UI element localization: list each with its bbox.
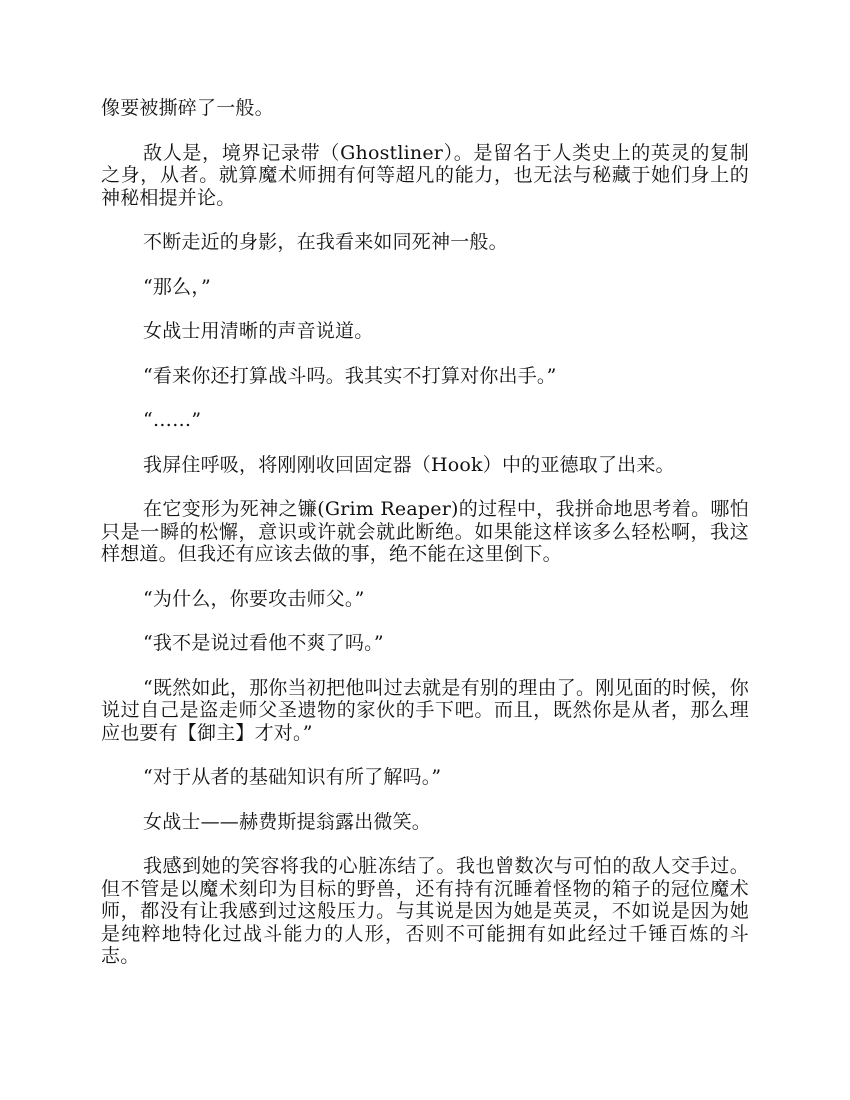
paragraph-12-dialogue: “既然如此，那你当初把他叫过去就是有别的理由了。刚见面的时候，你说过自己是盗走师… [101, 677, 749, 745]
document-page: 像要被撕碎了一般。 敌人是，境界记录带（Ghostliner）。是留名于人类史上… [101, 97, 749, 990]
paragraph-9: 在它变形为死神之镰(Grim Reaper)的过程中，我拼命地思考着。哪怕只是一… [101, 498, 749, 566]
paragraph-13-dialogue: “对于从者的基础知识有所了解吗。” [101, 766, 749, 789]
paragraph-4-dialogue: “那么，” [101, 276, 749, 299]
paragraph-14: 女战士——赫费斯提翁露出微笑。 [101, 811, 749, 834]
paragraph-11-dialogue: “我不是说过看他不爽了吗。” [101, 632, 749, 655]
paragraph-7-dialogue: “……” [101, 409, 749, 432]
paragraph-2: 敌人是，境界记录带（Ghostliner）。是留名于人类史上的英灵的复制之身，从… [101, 142, 749, 210]
paragraph-6-dialogue: “看来你还打算战斗吗。我其实不打算对你出手。” [101, 365, 749, 388]
paragraph-8: 我屏住呼吸，将刚刚收回固定器（Hook）中的亚德取了出来。 [101, 454, 749, 477]
paragraph-3: 不断走近的身影，在我看来如同死神一般。 [101, 231, 749, 254]
paragraph-5: 女战士用清晰的声音说道。 [101, 320, 749, 343]
paragraph-1: 像要被撕碎了一般。 [101, 97, 749, 120]
paragraph-10-dialogue: “为什么，你要攻击师父。” [101, 588, 749, 611]
paragraph-15: 我感到她的笑容将我的心脏冻结了。我也曾数次与可怕的敌人交手过。但不管是以魔术刻印… [101, 855, 749, 968]
